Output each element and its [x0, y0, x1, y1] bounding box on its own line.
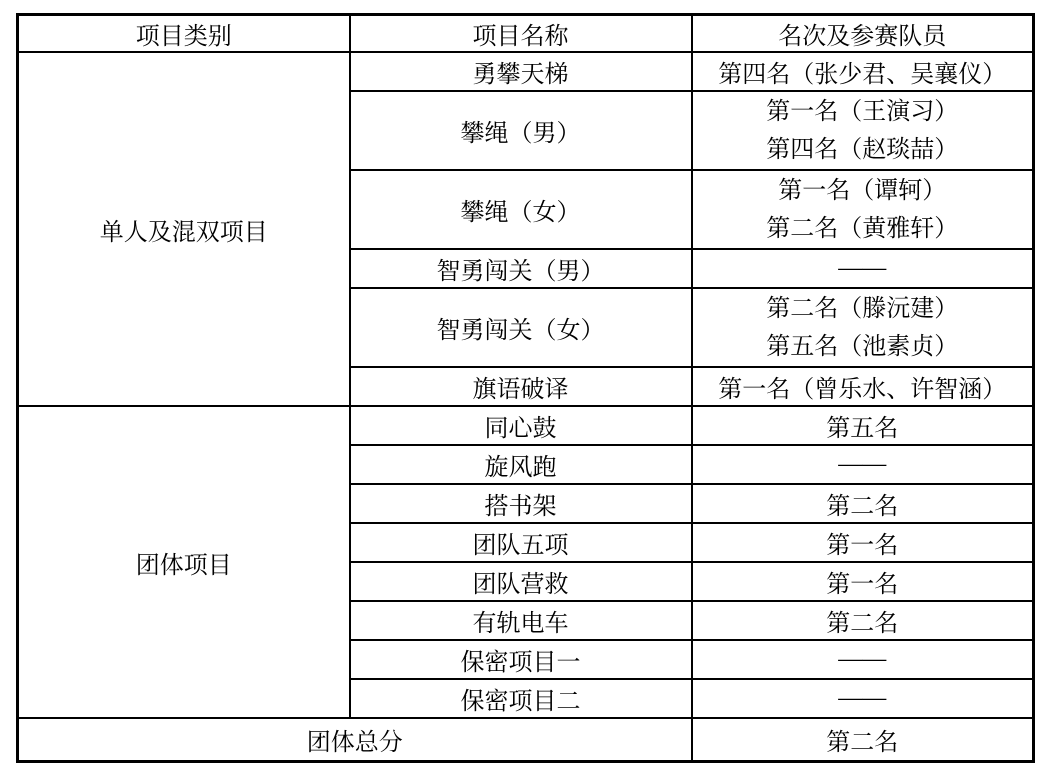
event-cell: 攀绳（女） — [350, 170, 692, 249]
event-cell: 智勇闯关（女） — [350, 288, 692, 367]
result-line: 第一名（谭轲） — [693, 172, 1033, 210]
result-cell: 第一名（王演习） 第四名（赵琰喆） — [692, 91, 1034, 170]
table-row: 团体项目 同心鼓 第五名 — [18, 406, 1034, 445]
category-cell-singles-mixed: 单人及混双项目 — [18, 52, 350, 406]
category-cell-team: 团体项目 — [18, 406, 350, 718]
result-cell: 第二名 — [692, 601, 1034, 640]
result-cell: —— — [692, 249, 1034, 288]
event-cell: 攀绳（男） — [350, 91, 692, 170]
event-cell: 智勇闯关（男） — [350, 249, 692, 288]
result-cell: 第二名 — [692, 484, 1034, 523]
competition-results-table: 项目类别 项目名称 名次及参赛队员 单人及混双项目 勇攀天梯 第四名（张少君、吴… — [16, 13, 1035, 763]
event-cell: 保密项目二 — [350, 679, 692, 718]
result-line: 第一名（王演习） — [693, 93, 1033, 131]
event-cell: 团队五项 — [350, 523, 692, 562]
event-cell: 勇攀天梯 — [350, 52, 692, 91]
footer-label-cell: 团体总分 — [18, 718, 692, 761]
header-cell-event: 项目名称 — [350, 15, 692, 53]
result-line: 第四名（赵琰喆） — [693, 131, 1033, 169]
footer-result-cell: 第二名 — [692, 718, 1034, 761]
header-cell-category: 项目类别 — [18, 15, 350, 53]
table-header-row: 项目类别 项目名称 名次及参赛队员 — [18, 15, 1034, 53]
result-cell: 第二名（滕沅建） 第五名（池素贞） — [692, 288, 1034, 367]
event-cell: 旋风跑 — [350, 445, 692, 484]
result-cell: —— — [692, 679, 1034, 718]
event-cell: 团队营救 — [350, 562, 692, 601]
result-line: 第五名（池素贞） — [693, 328, 1033, 366]
event-cell: 搭书架 — [350, 484, 692, 523]
result-cell: 第一名（谭轲） 第二名（黄雅轩） — [692, 170, 1034, 249]
result-cell: 第四名（张少君、吴襄仪） — [692, 52, 1034, 91]
result-line: 第二名（黄雅轩） — [693, 210, 1033, 248]
header-cell-result: 名次及参赛队员 — [692, 15, 1034, 53]
table-footer-row: 团体总分 第二名 — [18, 718, 1034, 761]
event-cell: 保密项目一 — [350, 640, 692, 679]
result-cell: —— — [692, 640, 1034, 679]
event-cell: 有轨电车 — [350, 601, 692, 640]
result-cell: 第五名 — [692, 406, 1034, 445]
table-row: 单人及混双项目 勇攀天梯 第四名（张少君、吴襄仪） — [18, 52, 1034, 91]
result-cell: —— — [692, 445, 1034, 484]
result-cell: 第一名 — [692, 523, 1034, 562]
result-cell: 第一名（曾乐水、许智涵） — [692, 367, 1034, 406]
result-line: 第二名（滕沅建） — [693, 290, 1033, 328]
event-cell: 同心鼓 — [350, 406, 692, 445]
result-cell: 第一名 — [692, 562, 1034, 601]
event-cell: 旗语破译 — [350, 367, 692, 406]
